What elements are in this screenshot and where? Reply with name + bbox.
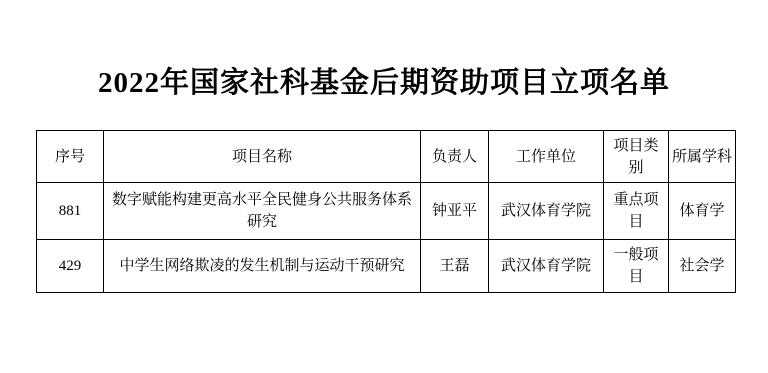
cell-project-category: 一般项目 <box>604 240 669 293</box>
cell-discipline: 社会学 <box>669 240 736 293</box>
page-title: 2022年国家社科基金后期资助项目立项名单 <box>0 66 768 100</box>
header-project-name: 项目名称 <box>104 131 421 183</box>
table-row: 881 数字赋能构建更高水平全民健身公共服务体系研究 钟亚平 武汉体育学院 重点… <box>37 183 736 240</box>
cell-serial-number: 429 <box>37 240 104 293</box>
table-row: 429 中学生网络欺凌的发生机制与运动干预研究 王磊 武汉体育学院 一般项目 社… <box>37 240 736 293</box>
header-discipline: 所属学科 <box>669 131 736 183</box>
header-work-unit: 工作单位 <box>489 131 604 183</box>
cell-project-category: 重点项目 <box>604 183 669 240</box>
header-serial-number: 序号 <box>37 131 104 183</box>
header-project-category: 项目类别 <box>604 131 669 183</box>
cell-work-unit: 武汉体育学院 <box>489 183 604 240</box>
cell-project-name: 数字赋能构建更高水平全民健身公共服务体系研究 <box>104 183 421 240</box>
cell-discipline: 体育学 <box>669 183 736 240</box>
cell-person-in-charge: 王磊 <box>421 240 489 293</box>
grant-projects-table: 序号 项目名称 负责人 工作单位 项目类别 所属学科 881 数字赋能构建更高水… <box>36 130 736 293</box>
header-person-in-charge: 负责人 <box>421 131 489 183</box>
cell-person-in-charge: 钟亚平 <box>421 183 489 240</box>
cell-project-name: 中学生网络欺凌的发生机制与运动干预研究 <box>104 240 421 293</box>
cell-work-unit: 武汉体育学院 <box>489 240 604 293</box>
cell-serial-number: 881 <box>37 183 104 240</box>
table-header-row: 序号 项目名称 负责人 工作单位 项目类别 所属学科 <box>37 131 736 183</box>
